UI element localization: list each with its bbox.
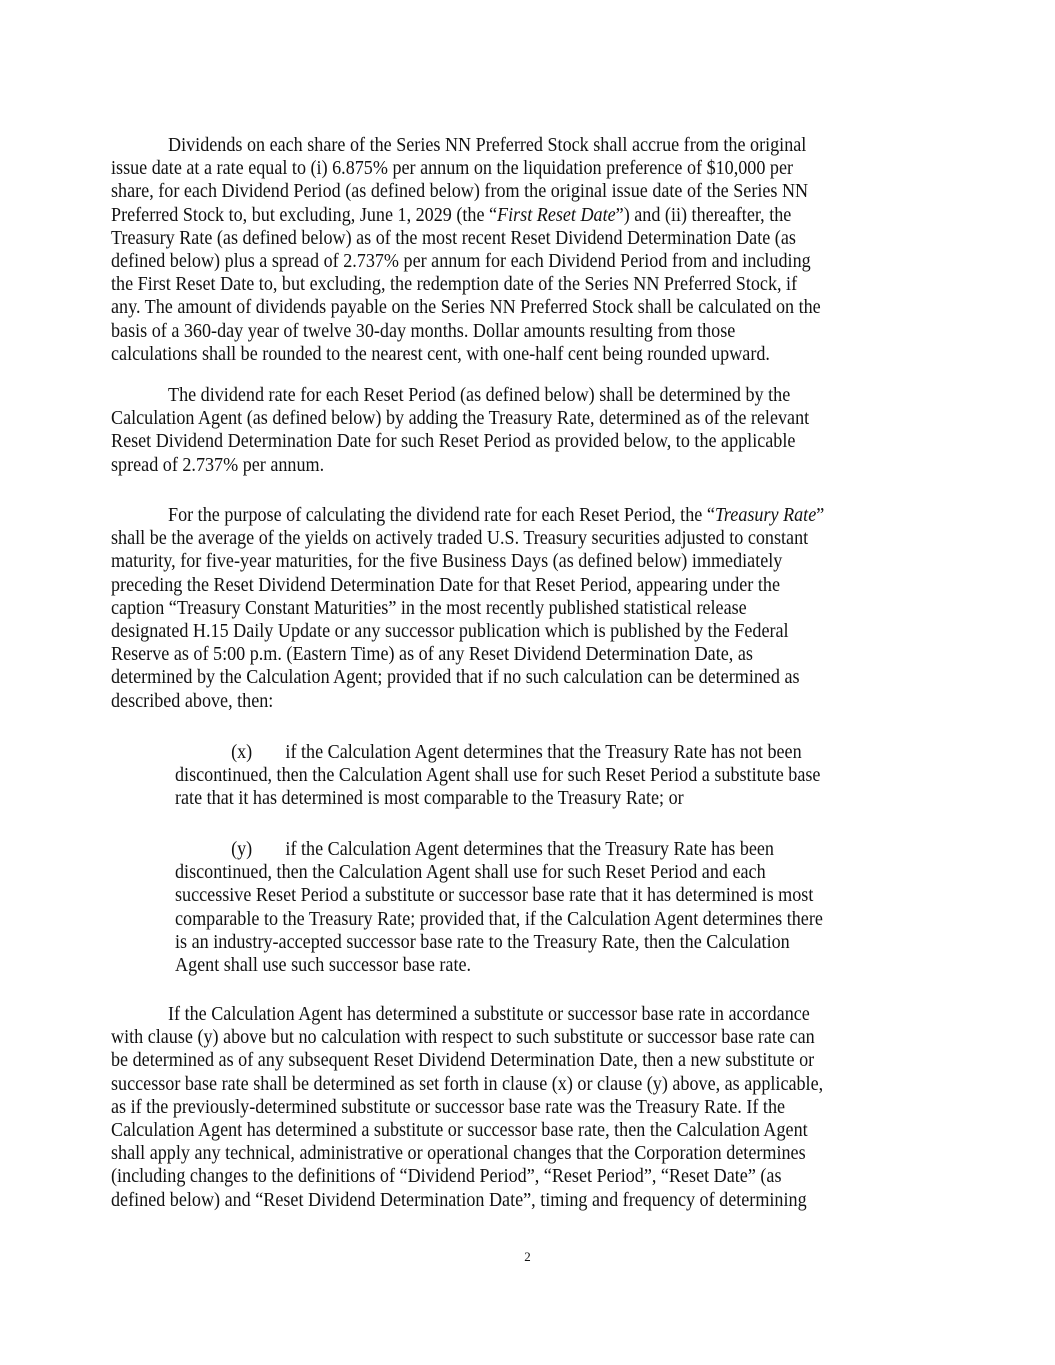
paragraph-dividends-accrual: Dividends on each share of the Series NN…	[111, 134, 951, 366]
text-line: (including changes to the definitions of…	[111, 1165, 871, 1188]
text-line: with clause (y) above but no calculation…	[111, 1026, 871, 1049]
text-line: comparable to the Treasury Rate; provide…	[175, 908, 881, 931]
clause-y: (y)if the Calculation Agent determines t…	[175, 838, 955, 977]
text-segment: if the Calculation Agent determines that…	[285, 838, 774, 860]
clause-label: (x)	[231, 741, 285, 764]
text-segment: ”) and (ii) thereafter, the	[616, 204, 792, 226]
text-line: Reset Dividend Determination Date for su…	[111, 430, 871, 453]
text-line: designated H.15 Daily Update or any succ…	[111, 620, 871, 643]
paragraph-dividend-rate: The dividend rate for each Reset Period …	[111, 384, 951, 477]
text-line: basis of a 360-day year of twelve 30-day…	[111, 320, 871, 343]
page-number: 2	[0, 1249, 1055, 1265]
text-line: caption “Treasury Constant Maturities” i…	[111, 597, 871, 620]
text-line: defined below) plus a spread of 2.737% p…	[111, 250, 871, 273]
text-line: described above, then:	[111, 690, 871, 713]
text-line: If the Calculation Agent has determined …	[111, 1003, 871, 1026]
text-line: issue date at a rate equal to (i) 6.875%…	[111, 157, 871, 180]
paragraph-treasury-rate: For the purpose of calculating the divid…	[111, 504, 951, 713]
clause-label: (y)	[231, 838, 285, 861]
text-line: shall be the average of the yields on ac…	[111, 527, 871, 550]
text-line: maturity, for five-year maturities, for …	[111, 550, 871, 573]
text-line: discontinued, then the Calculation Agent…	[175, 764, 881, 787]
text-line: Preferred Stock to, but excluding, June …	[111, 204, 871, 227]
text-line: successor base rate shall be determined …	[111, 1073, 871, 1096]
text-line: Calculation Agent has determined a subst…	[111, 1119, 871, 1142]
text-line: Calculation Agent (as defined below) by …	[111, 407, 871, 430]
text-line: the First Reset Date to, but excluding, …	[111, 273, 871, 296]
text-line: defined below) and “Reset Dividend Deter…	[111, 1189, 871, 1212]
text-line: be determined as of any subsequent Reset…	[111, 1049, 871, 1072]
text-segment: ”	[816, 504, 824, 526]
text-segment: if the Calculation Agent determines that…	[285, 741, 801, 763]
text-line: rate that it has determined is most comp…	[175, 787, 881, 810]
defined-term-first-reset-date: First Reset Date	[497, 204, 616, 226]
text-line: Reserve as of 5:00 p.m. (Eastern Time) a…	[111, 643, 871, 666]
paragraph-substitute-rate: If the Calculation Agent has determined …	[111, 1003, 951, 1212]
clause-x: (x)if the Calculation Agent determines t…	[175, 741, 955, 811]
text-line: share, for each Dividend Period (as defi…	[111, 180, 871, 203]
defined-term-treasury-rate: Treasury Rate	[715, 504, 816, 526]
text-line: determined by the Calculation Agent; pro…	[111, 666, 871, 689]
text-line: shall apply any technical, administrativ…	[111, 1142, 871, 1165]
text-line: The dividend rate for each Reset Period …	[111, 384, 871, 407]
text-line: as if the previously-determined substitu…	[111, 1096, 871, 1119]
text-line: (y)if the Calculation Agent determines t…	[175, 838, 881, 861]
text-line: (x)if the Calculation Agent determines t…	[175, 741, 881, 764]
text-line: any. The amount of dividends payable on …	[111, 296, 871, 319]
text-line: calculations shall be rounded to the nea…	[111, 343, 871, 366]
text-segment: For the purpose of calculating the divid…	[168, 504, 715, 526]
text-line: Dividends on each share of the Series NN…	[111, 134, 871, 157]
document-page: Dividends on each share of the Series NN…	[0, 0, 1055, 1365]
text-line: is an industry-accepted successor base r…	[175, 931, 881, 954]
text-line: successive Reset Period a substitute or …	[175, 884, 881, 907]
text-line: discontinued, then the Calculation Agent…	[175, 861, 881, 884]
text-line: spread of 2.737% per annum.	[111, 454, 871, 477]
text-line: Treasury Rate (as defined below) as of t…	[111, 227, 871, 250]
text-segment: Preferred Stock to, but excluding, June …	[111, 204, 497, 226]
text-line: For the purpose of calculating the divid…	[111, 504, 871, 527]
text-line: Agent shall use such successor base rate…	[175, 954, 881, 977]
text-line: preceding the Reset Dividend Determinati…	[111, 574, 871, 597]
